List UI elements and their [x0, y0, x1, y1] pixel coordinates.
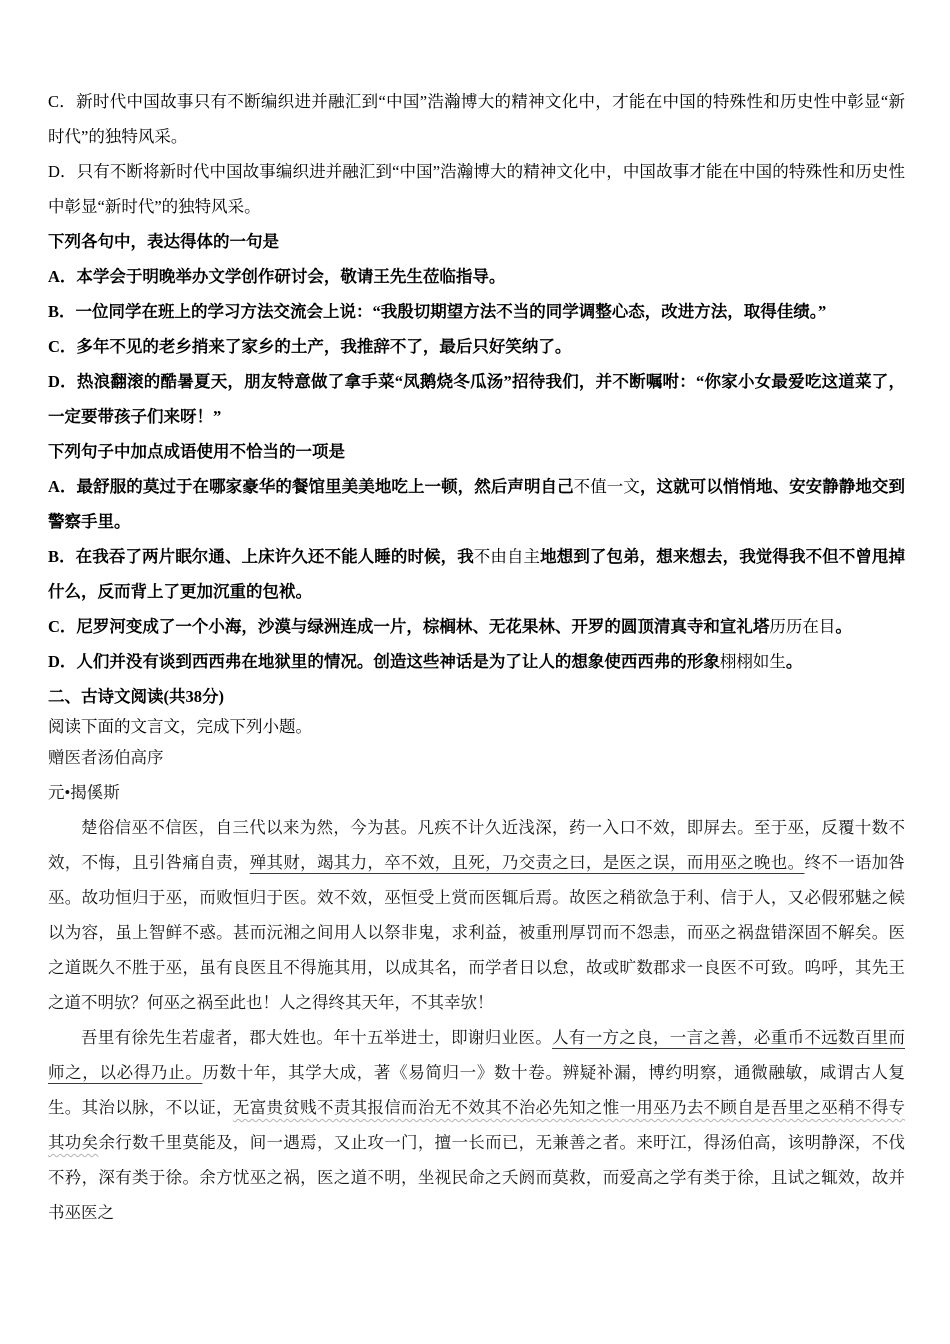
text-run: 元•揭傒斯 — [48, 783, 120, 802]
q3-stem: 下列句子中加点成语使用不恰当的一项是 — [48, 434, 905, 469]
text-run: C．多年不见的老乡捎来了家乡的土产，我推辞不了，最后只好笑纳了。 — [48, 337, 571, 356]
idiom-text: 历历在目 — [769, 617, 835, 636]
text-run: 终不一语加咎巫。故功恒归于巫，而败恒归于医。效不效，巫恒受上赏而医辄后焉。故医之… — [48, 853, 905, 1012]
q2-option-b: B．一位同学在班上的学习方法交流会上说：“我殷切期望方法不当的同学调整心态，改进… — [48, 294, 905, 329]
text-run: 下列各句中，表达得体的一句是 — [48, 232, 279, 251]
q1-option-c: C．新时代中国故事只有不断编织进并融汇到“中国”浩瀚博大的精神文化中，才能在中国… — [48, 84, 905, 154]
text-run: 。 — [835, 617, 852, 636]
text-run: D．只有不断将新时代中国故事编织进并融汇到“中国”浩瀚博大的精神文化中，中国故事… — [48, 162, 905, 216]
text-run: A．最舒服的莫过于在哪家豪华的餐馆里美美地吃上一顿，然后声明自己 — [48, 477, 574, 496]
passage-paragraph-1: 楚俗信巫不信医，自三代以来为然，今为甚。凡疾不计久近浅深，药一入口不效，即屏去。… — [48, 810, 905, 1020]
idiom-text: 不值一文 — [574, 477, 640, 496]
idiom-text: 不由自主 — [474, 547, 540, 566]
text-run: 二、古诗文阅读(共38分) — [48, 687, 224, 706]
text-run: C．新时代中国故事只有不断编织进并融汇到“中国”浩瀚博大的精神文化中，才能在中国… — [48, 92, 905, 146]
section-heading: 二、古诗文阅读(共38分) — [48, 679, 905, 714]
text-run: D．人们并没有谈到西西弗在地狱里的情况。创造这些神话是为了让人的想象使西西弗的形… — [48, 652, 720, 671]
q2-option-d: D．热浪翻滚的酷暑夏天，朋友特意做了拿手菜“凤鹅烧冬瓜汤”招待我们，并不断嘱咐：… — [48, 364, 905, 434]
idiom-text: 栩栩如生 — [720, 652, 786, 671]
document-content: C．新时代中国故事只有不断编织进并融汇到“中国”浩瀚博大的精神文化中，才能在中国… — [48, 84, 905, 1230]
q1-option-d: D．只有不断将新时代中国故事编织进并融汇到“中国”浩瀚博大的精神文化中，中国故事… — [48, 154, 905, 224]
text-run: B．在我吞了两片眠尔通、上床许久还不能人睡的时候，我 — [48, 547, 474, 566]
text-run: 吾里有徐先生若虚者，郡大姓也。年十五举进士，即谢归业医。 — [81, 1028, 552, 1047]
q3-option-c: C．尼罗河变成了一个小海，沙漠与绿洲连成一片，棕榈林、无花果林、开罗的圆顶清真寺… — [48, 609, 905, 644]
text-run: B．一位同学在班上的学习方法交流会上说：“我殷切期望方法不当的同学调整心态，改进… — [48, 302, 826, 321]
passage-title: 赠医者汤伯高序 — [48, 740, 905, 775]
text-run: A．本学会于明晚举办文学创作研讨会，敬请王先生莅临指导。 — [48, 267, 505, 286]
text-run: 阅读下面的文言文，完成下列小题。 — [48, 717, 312, 736]
q3-option-d: D．人们并没有谈到西西弗在地狱里的情况。创造这些神话是为了让人的想象使西西弗的形… — [48, 644, 905, 679]
passage-paragraph-2: 吾里有徐先生若虚者，郡大姓也。年十五举进士，即谢归业医。人有一方之良，一言之善，… — [48, 1020, 905, 1230]
text-run: C．尼罗河变成了一个小海，沙漠与绿洲连成一片，棕榈林、无花果林、开罗的圆顶清真寺… — [48, 617, 769, 636]
q2-option-a: A．本学会于明晚举办文学创作研讨会，敬请王先生莅临指导。 — [48, 259, 905, 294]
text-run: 赠医者汤伯高序 — [48, 748, 164, 767]
text-run: 。 — [786, 652, 803, 671]
q2-stem: 下列各句中，表达得体的一句是 — [48, 224, 905, 259]
q3-option-a: A．最舒服的莫过于在哪家豪华的餐馆里美美地吃上一顿，然后声明自己不值一文，这就可… — [48, 469, 905, 539]
text-run: 余行数千里莫能及，间一遇焉，又止攻一门，擅一长而已，无兼善之者。来旴江，得汤伯高… — [48, 1133, 905, 1222]
q2-option-c: C．多年不见的老乡捎来了家乡的土产，我推辞不了，最后只好笑纳了。 — [48, 329, 905, 364]
exam-paper-page: C．新时代中国故事只有不断编织进并融汇到“中国”浩瀚博大的精神文化中，才能在中国… — [0, 0, 950, 1344]
reading-instruction: 阅读下面的文言文，完成下列小题。 — [48, 714, 905, 740]
text-run: D．热浪翻滚的酷暑夏天，朋友特意做了拿手菜“凤鹅烧冬瓜汤”招待我们，并不断嘱咐：… — [48, 372, 905, 426]
text-run: 下列句子中加点成语使用不恰当的一项是 — [48, 442, 345, 461]
underlined-text: 殚其财，竭其力，卒不效，且死，乃交责之曰，是医之误，而用巫之晚也。 — [250, 853, 805, 872]
q3-option-b: B．在我吞了两片眠尔通、上床许久还不能人睡的时候，我不由自主地想到了包弟，想来想… — [48, 539, 905, 609]
passage-author: 元•揭傒斯 — [48, 775, 905, 810]
